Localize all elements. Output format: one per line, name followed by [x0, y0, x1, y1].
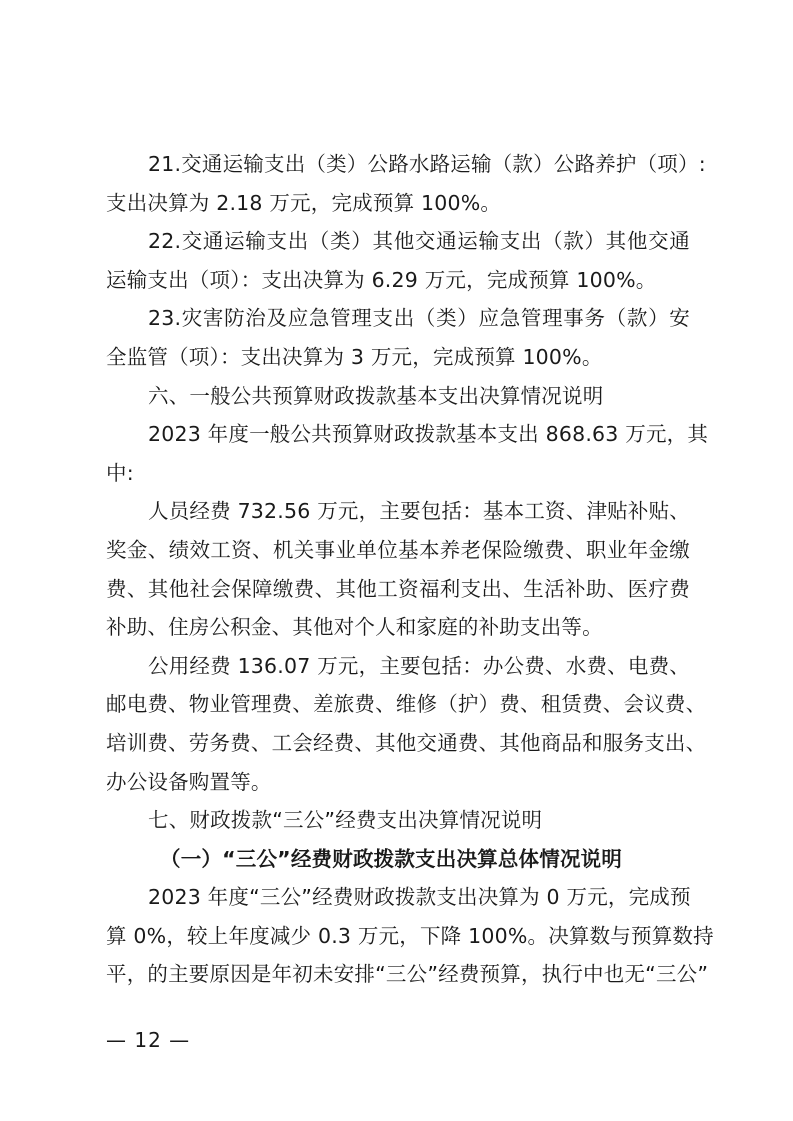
- paragraph-line: 补助、住房公积金、其他对个人和家庭的补助支出等。: [106, 608, 690, 647]
- paragraph-line-personnel-expenses: 人员经费 732.56 万元，主要包括：基本工资、津贴补贴、: [106, 492, 690, 531]
- paragraph-line-basic-expenditure: 2023 年度一般公共预算财政拨款基本支出 868.63 万元，其: [106, 415, 690, 454]
- paragraph-line-22-item: 22.交通运输支出（类）其他交通运输支出（款）其他交通: [106, 222, 690, 261]
- paragraph-line: 邮电费、物业管理费、差旅费、维修（护）费、租赁费、会议费、: [106, 685, 690, 724]
- document-page-body: 21.交通运输支出（类）公路水路运输（款）公路养护（项）: 支出决算为 2.18…: [106, 145, 690, 994]
- paragraph-line: 运输支出（项）：支出决算为 6.29 万元，完成预算 100%。: [106, 261, 690, 300]
- subsection-heading-1: （一）“三公”经费财政拨款支出决算总体情况说明: [106, 840, 690, 879]
- paragraph-line: 奖金、绩效工资、机关事业单位基本养老保险缴费、职业年金缴: [106, 531, 690, 570]
- paragraph-line-public-expenses: 公用经费 136.07 万元，主要包括：办公费、水费、电费、: [106, 647, 690, 686]
- paragraph-line: 办公设备购置等。: [106, 763, 690, 802]
- paragraph-line: 中:: [106, 454, 690, 493]
- paragraph-line-21-item: 21.交通运输支出（类）公路水路运输（款）公路养护（项）:: [106, 145, 690, 184]
- paragraph-line: 费、其他社会保障缴费、其他工资福利支出、生活补助、医疗费: [106, 570, 690, 609]
- paragraph-line: 平，的主要原因是年初未安排“三公”经费预算，执行中也无“三公”: [106, 955, 690, 994]
- paragraph-line: 支出决算为 2.18 万元，完成预算 100%。: [106, 184, 690, 223]
- paragraph-line: 算 0%，较上年度减少 0.3 万元，下降 100%。决算数与预算数持: [106, 917, 690, 956]
- section-heading-6: 六、一般公共预算财政拨款基本支出决算情况说明: [106, 377, 690, 416]
- section-heading-7: 七、财政拨款“三公”经费支出决算情况说明: [106, 801, 690, 840]
- paragraph-line: 培训费、劳务费、工会经费、其他交通费、其他商品和服务支出、: [106, 724, 690, 763]
- page-number: — 12 —: [106, 1026, 190, 1054]
- paragraph-line-23-item: 23.灾害防治及应急管理支出（类）应急管理事务（款）安: [106, 299, 690, 338]
- paragraph-line: 全监管（项）：支出决算为 3 万元，完成预算 100%。: [106, 338, 690, 377]
- paragraph-line-three-public-expenses: 2023 年度“三公”经费财政拨款支出决算为 0 万元，完成预: [106, 878, 690, 917]
